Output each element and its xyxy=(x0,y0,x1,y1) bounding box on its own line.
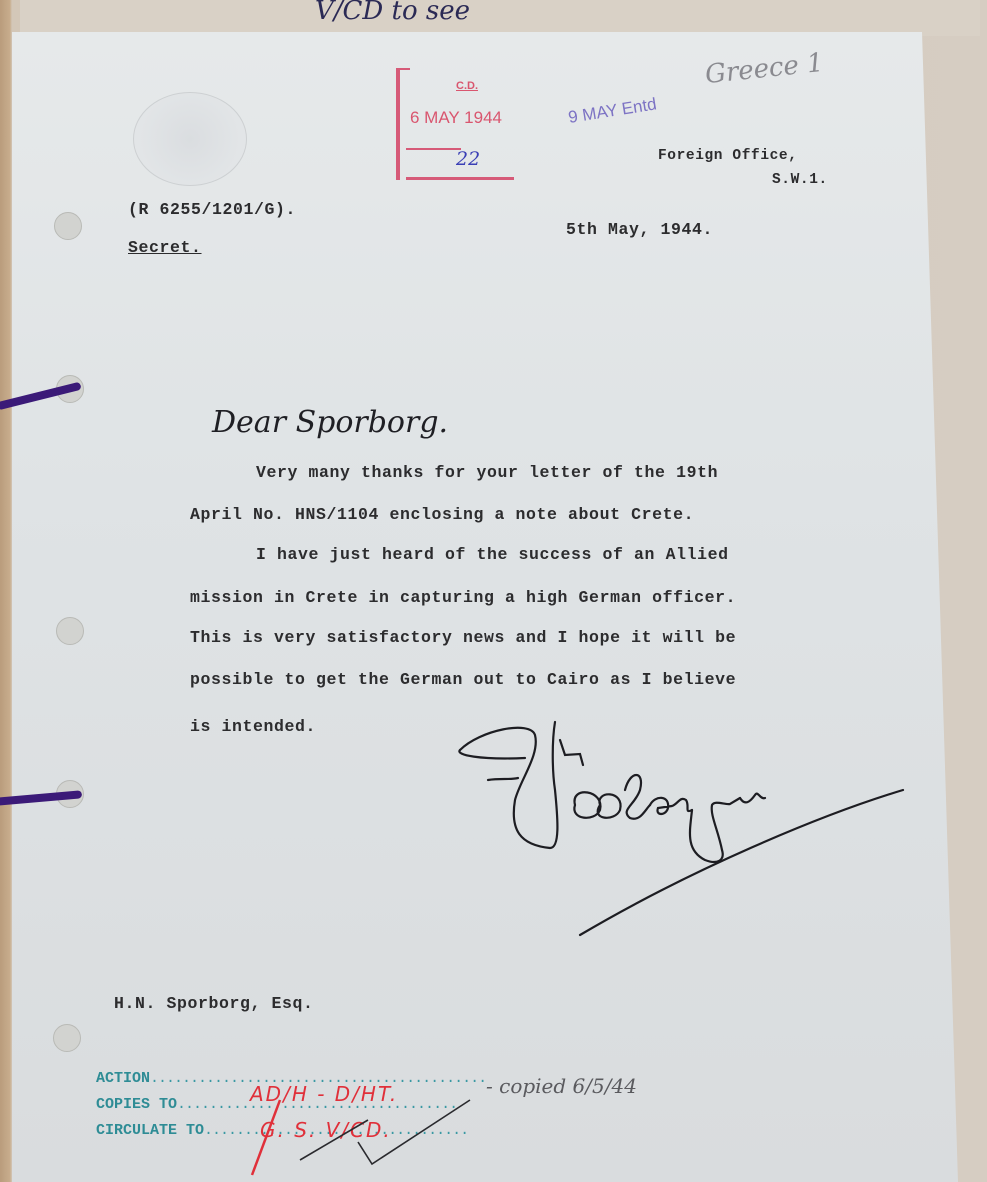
body-line: mission in Crete in capturing a high Ger… xyxy=(190,588,736,607)
punch-hole xyxy=(54,212,82,240)
body-line: April No. HNS/1104 enclosing a note abou… xyxy=(190,505,694,524)
addressee: H.N. Sporborg, Esq. xyxy=(114,994,314,1013)
letter-date: 5th May, 1944. xyxy=(566,220,713,239)
punch-hole xyxy=(56,617,84,645)
body-line: is intended. xyxy=(190,717,316,736)
copied-note: - copied 6/5/44 xyxy=(486,1074,637,1098)
body-line: possible to get the German out to Cairo … xyxy=(190,670,736,689)
body-line: I have just heard of the success of an A… xyxy=(256,545,729,564)
stamp-header: C.D. xyxy=(456,80,478,92)
letterhead-office: Foreign Office, xyxy=(658,148,798,164)
salutation: Dear Sporborg. xyxy=(212,405,448,440)
body-line: Very many thanks for your letter of the … xyxy=(256,463,718,482)
stamp-date: 6 MAY 1944 xyxy=(410,108,502,128)
stamp-number: 22 xyxy=(456,148,480,170)
punch-hole xyxy=(53,1024,81,1052)
copies-label: COPIES TO xyxy=(96,1096,177,1113)
action-label: ACTION xyxy=(96,1070,150,1087)
underlying-page xyxy=(20,0,980,36)
embossed-seal xyxy=(133,92,247,186)
body-line: This is very satisfactory news and I hop… xyxy=(190,628,736,647)
strike-marks xyxy=(240,1080,480,1180)
top-handwritten-note: V/CD to see xyxy=(315,0,470,26)
circulate-label: CIRCULATE TO xyxy=(96,1122,204,1139)
classification: Secret. xyxy=(128,238,202,257)
reference-number: (R 6255/1201/G). xyxy=(128,200,296,219)
received-stamp: C.D. 6 MAY 1944 22 xyxy=(396,68,518,180)
signature xyxy=(440,710,920,950)
letterhead-address: S.W.1. xyxy=(772,172,828,188)
